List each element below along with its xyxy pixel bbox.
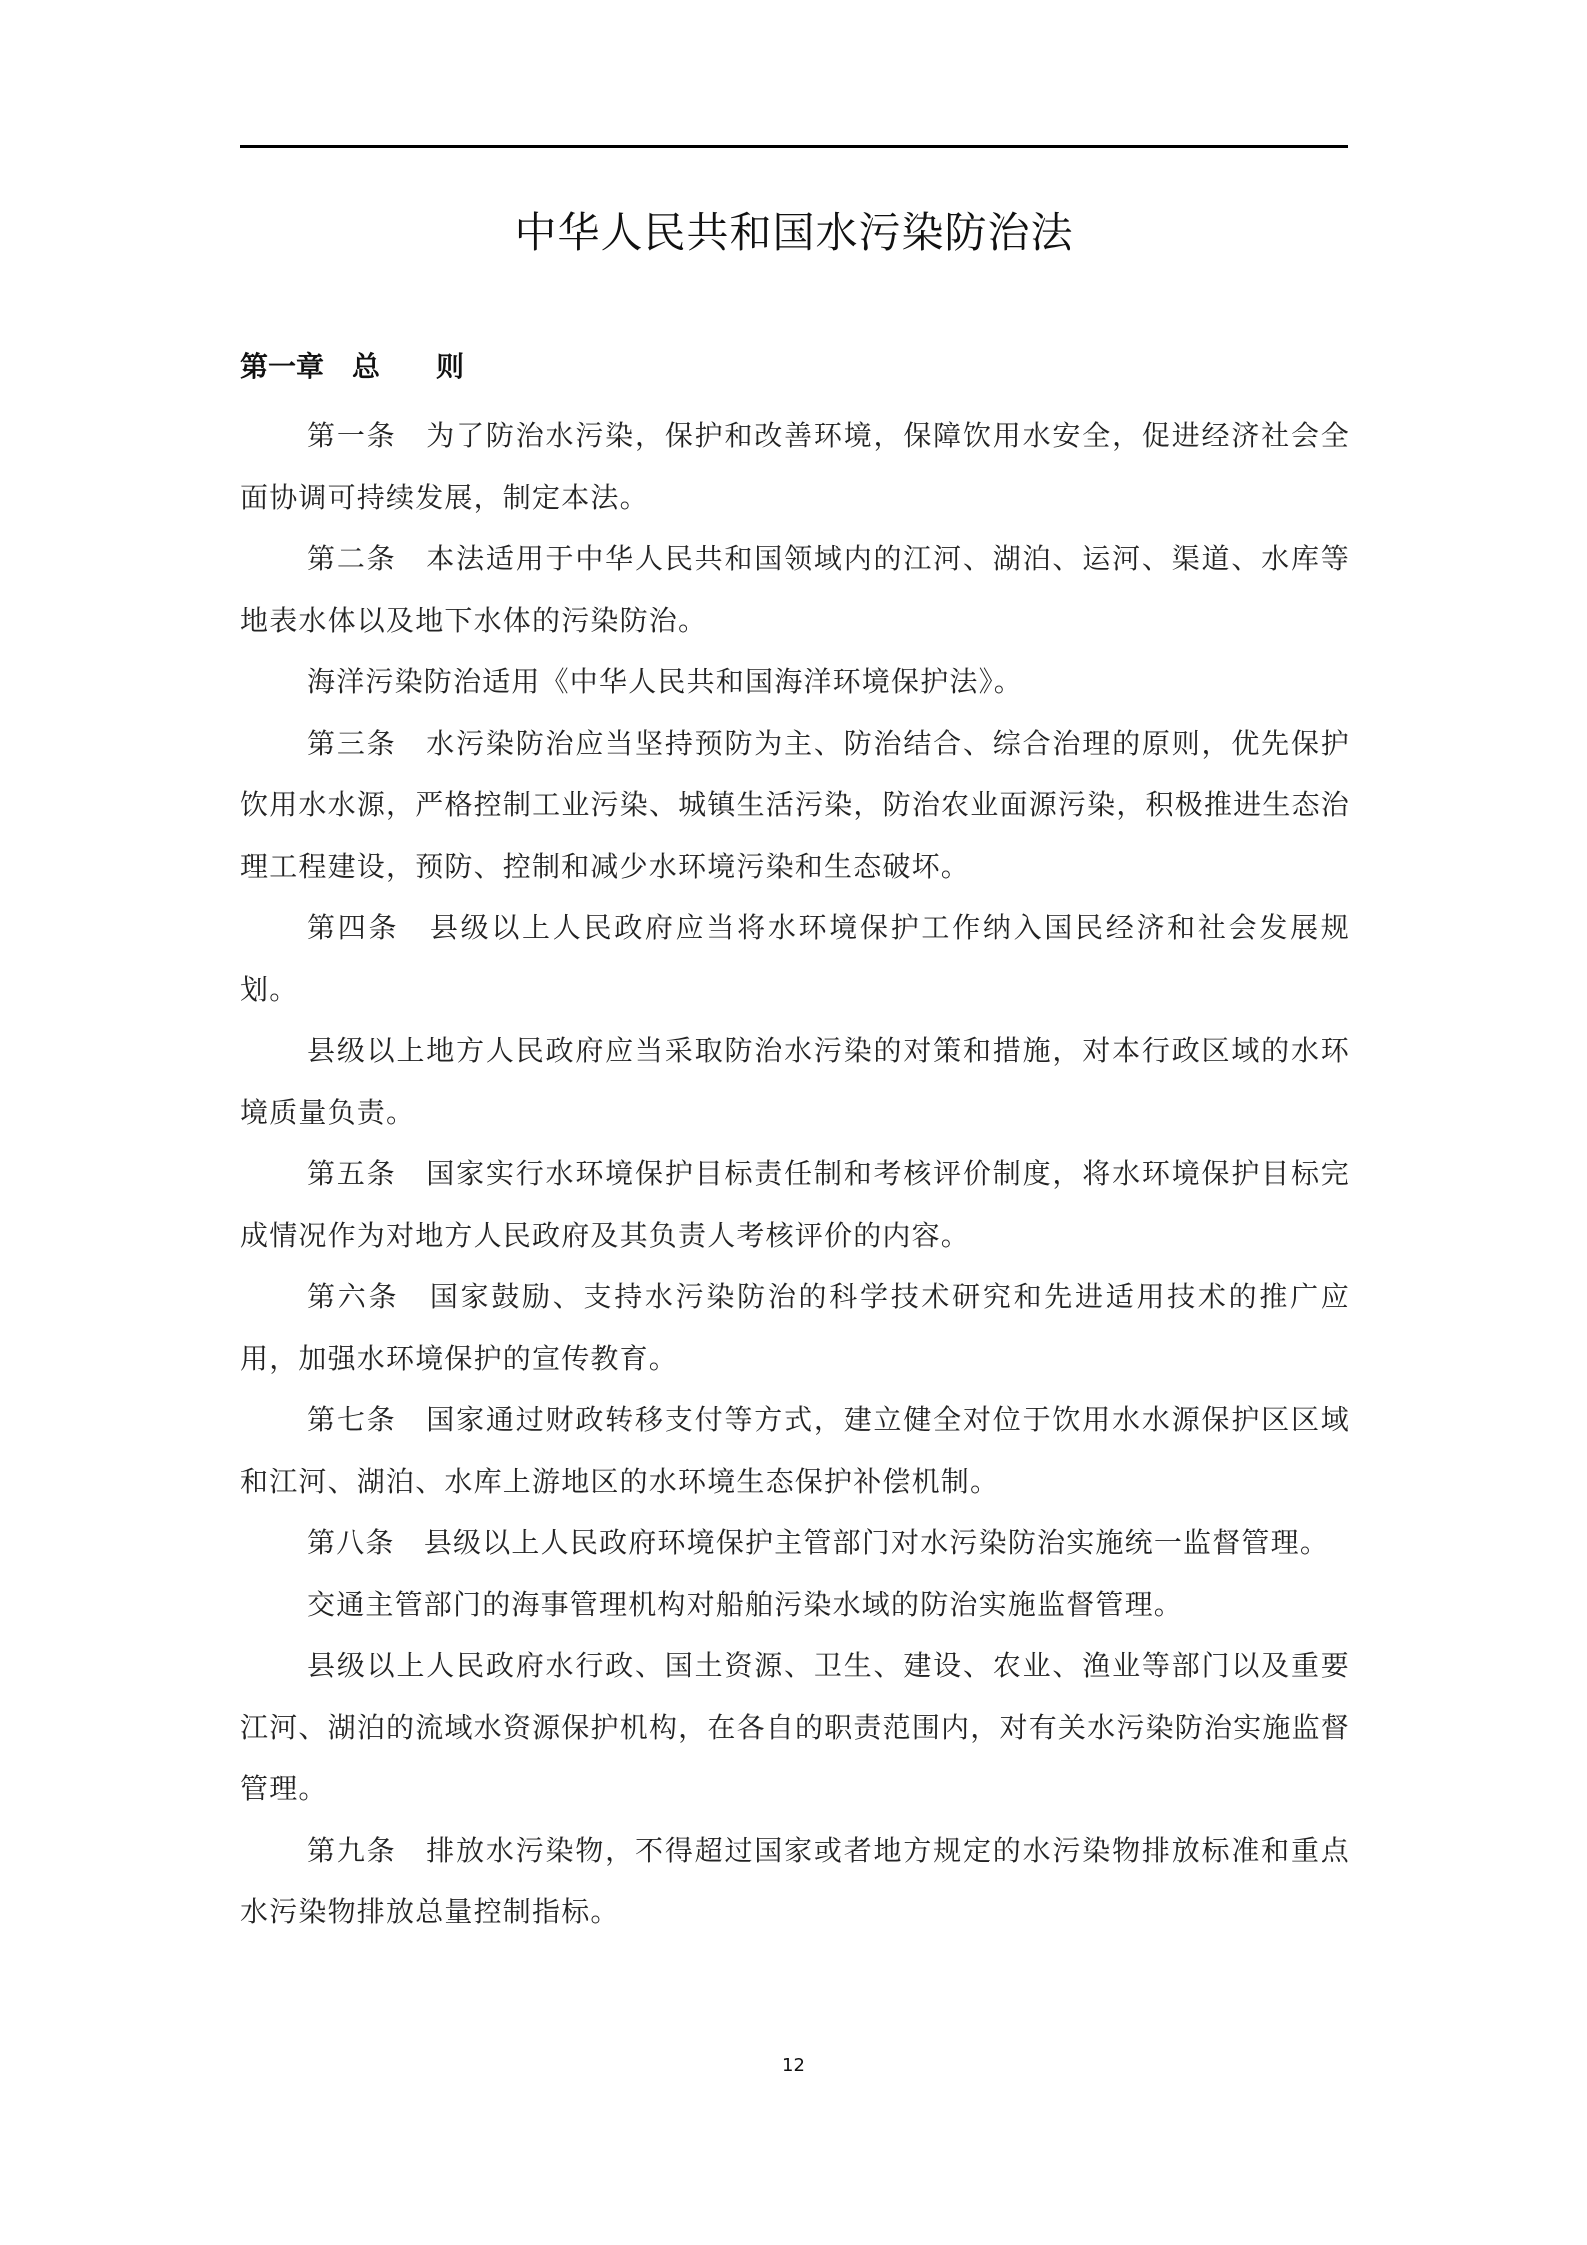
document-body: 第一条 为了防治水污染，保护和改善环境，保障饮用水安全，促进经济社会全面协调可持… (240, 405, 1350, 1943)
article-text: 县级以上人民政府环境保护主管部门对水污染防治实施统一监督管理。 (424, 1526, 1329, 1559)
article-label: 第八条 (307, 1526, 424, 1559)
article-label: 第二条 (307, 542, 426, 575)
article-8-subparagraph-1: 交通主管部门的海事管理机构对船舶污染水域的防治实施监督管理。 (240, 1574, 1350, 1636)
document-title: 中华人民共和国水污染防治法 (240, 205, 1348, 261)
article-6-paragraph: 第六条 国家鼓励、支持水污染防治的科学技术研究和先进适用技术的推广应用，加强水环… (240, 1266, 1350, 1389)
article-label: 第九条 (307, 1834, 426, 1867)
article-5-paragraph: 第五条 国家实行水环境保护目标责任制和考核评价制度，将水环境保护目标完成情况作为… (240, 1143, 1350, 1266)
article-1-paragraph: 第一条 为了防治水污染，保护和改善环境，保障饮用水安全，促进经济社会全面协调可持… (240, 405, 1350, 528)
article-text: 县级以上人民政府水行政、国土资源、卫生、建设、农业、渔业等部门以及重要江河、湖泊… (240, 1649, 1350, 1805)
article-8-subparagraph-2: 县级以上人民政府水行政、国土资源、卫生、建设、农业、渔业等部门以及重要江河、湖泊… (240, 1635, 1350, 1820)
article-text: 交通主管部门的海事管理机构对船舶污染水域的防治实施监督管理。 (307, 1588, 1183, 1621)
article-4-subparagraph: 县级以上地方人民政府应当采取防治水污染的对策和措施，对本行政区域的水环境质量负责… (240, 1020, 1350, 1143)
article-8-paragraph: 第八条 县级以上人民政府环境保护主管部门对水污染防治实施统一监督管理。 (240, 1512, 1350, 1574)
article-label: 第一条 (307, 419, 426, 452)
article-label: 第六条 (307, 1280, 430, 1313)
article-7-paragraph: 第七条 国家通过财政转移支付等方式，建立健全对位于饮用水水源保护区区域和江河、湖… (240, 1389, 1350, 1512)
article-label: 第五条 (307, 1157, 426, 1190)
article-2-paragraph: 第二条 本法适用于中华人民共和国领域内的江河、湖泊、运河、渠道、水库等地表水体以… (240, 528, 1350, 651)
article-3-paragraph: 第三条 水污染防治应当坚持预防为主、防治结合、综合治理的原则，优先保护饮用水水源… (240, 713, 1350, 898)
article-label: 第七条 (307, 1403, 426, 1436)
article-label: 第四条 (307, 911, 430, 944)
header-rule (240, 145, 1348, 148)
article-4-paragraph: 第四条 县级以上人民政府应当将水环境保护工作纳入国民经济和社会发展规划。 (240, 897, 1350, 1020)
article-9-paragraph: 第九条 排放水污染物，不得超过国家或者地方规定的水污染物排放标准和重点水污染物排… (240, 1820, 1350, 1943)
page-number: 12 (0, 2055, 1587, 2076)
article-text: 县级以上地方人民政府应当采取防治水污染的对策和措施，对本行政区域的水环境质量负责… (240, 1034, 1350, 1129)
chapter-heading: 第一章 总 则 (240, 347, 464, 387)
article-2-subparagraph: 海洋污染防治适用《中华人民共和国海洋环境保护法》。 (240, 651, 1350, 713)
article-label: 第三条 (307, 727, 426, 760)
article-text: 海洋污染防治适用《中华人民共和国海洋环境保护法》。 (307, 665, 1023, 698)
